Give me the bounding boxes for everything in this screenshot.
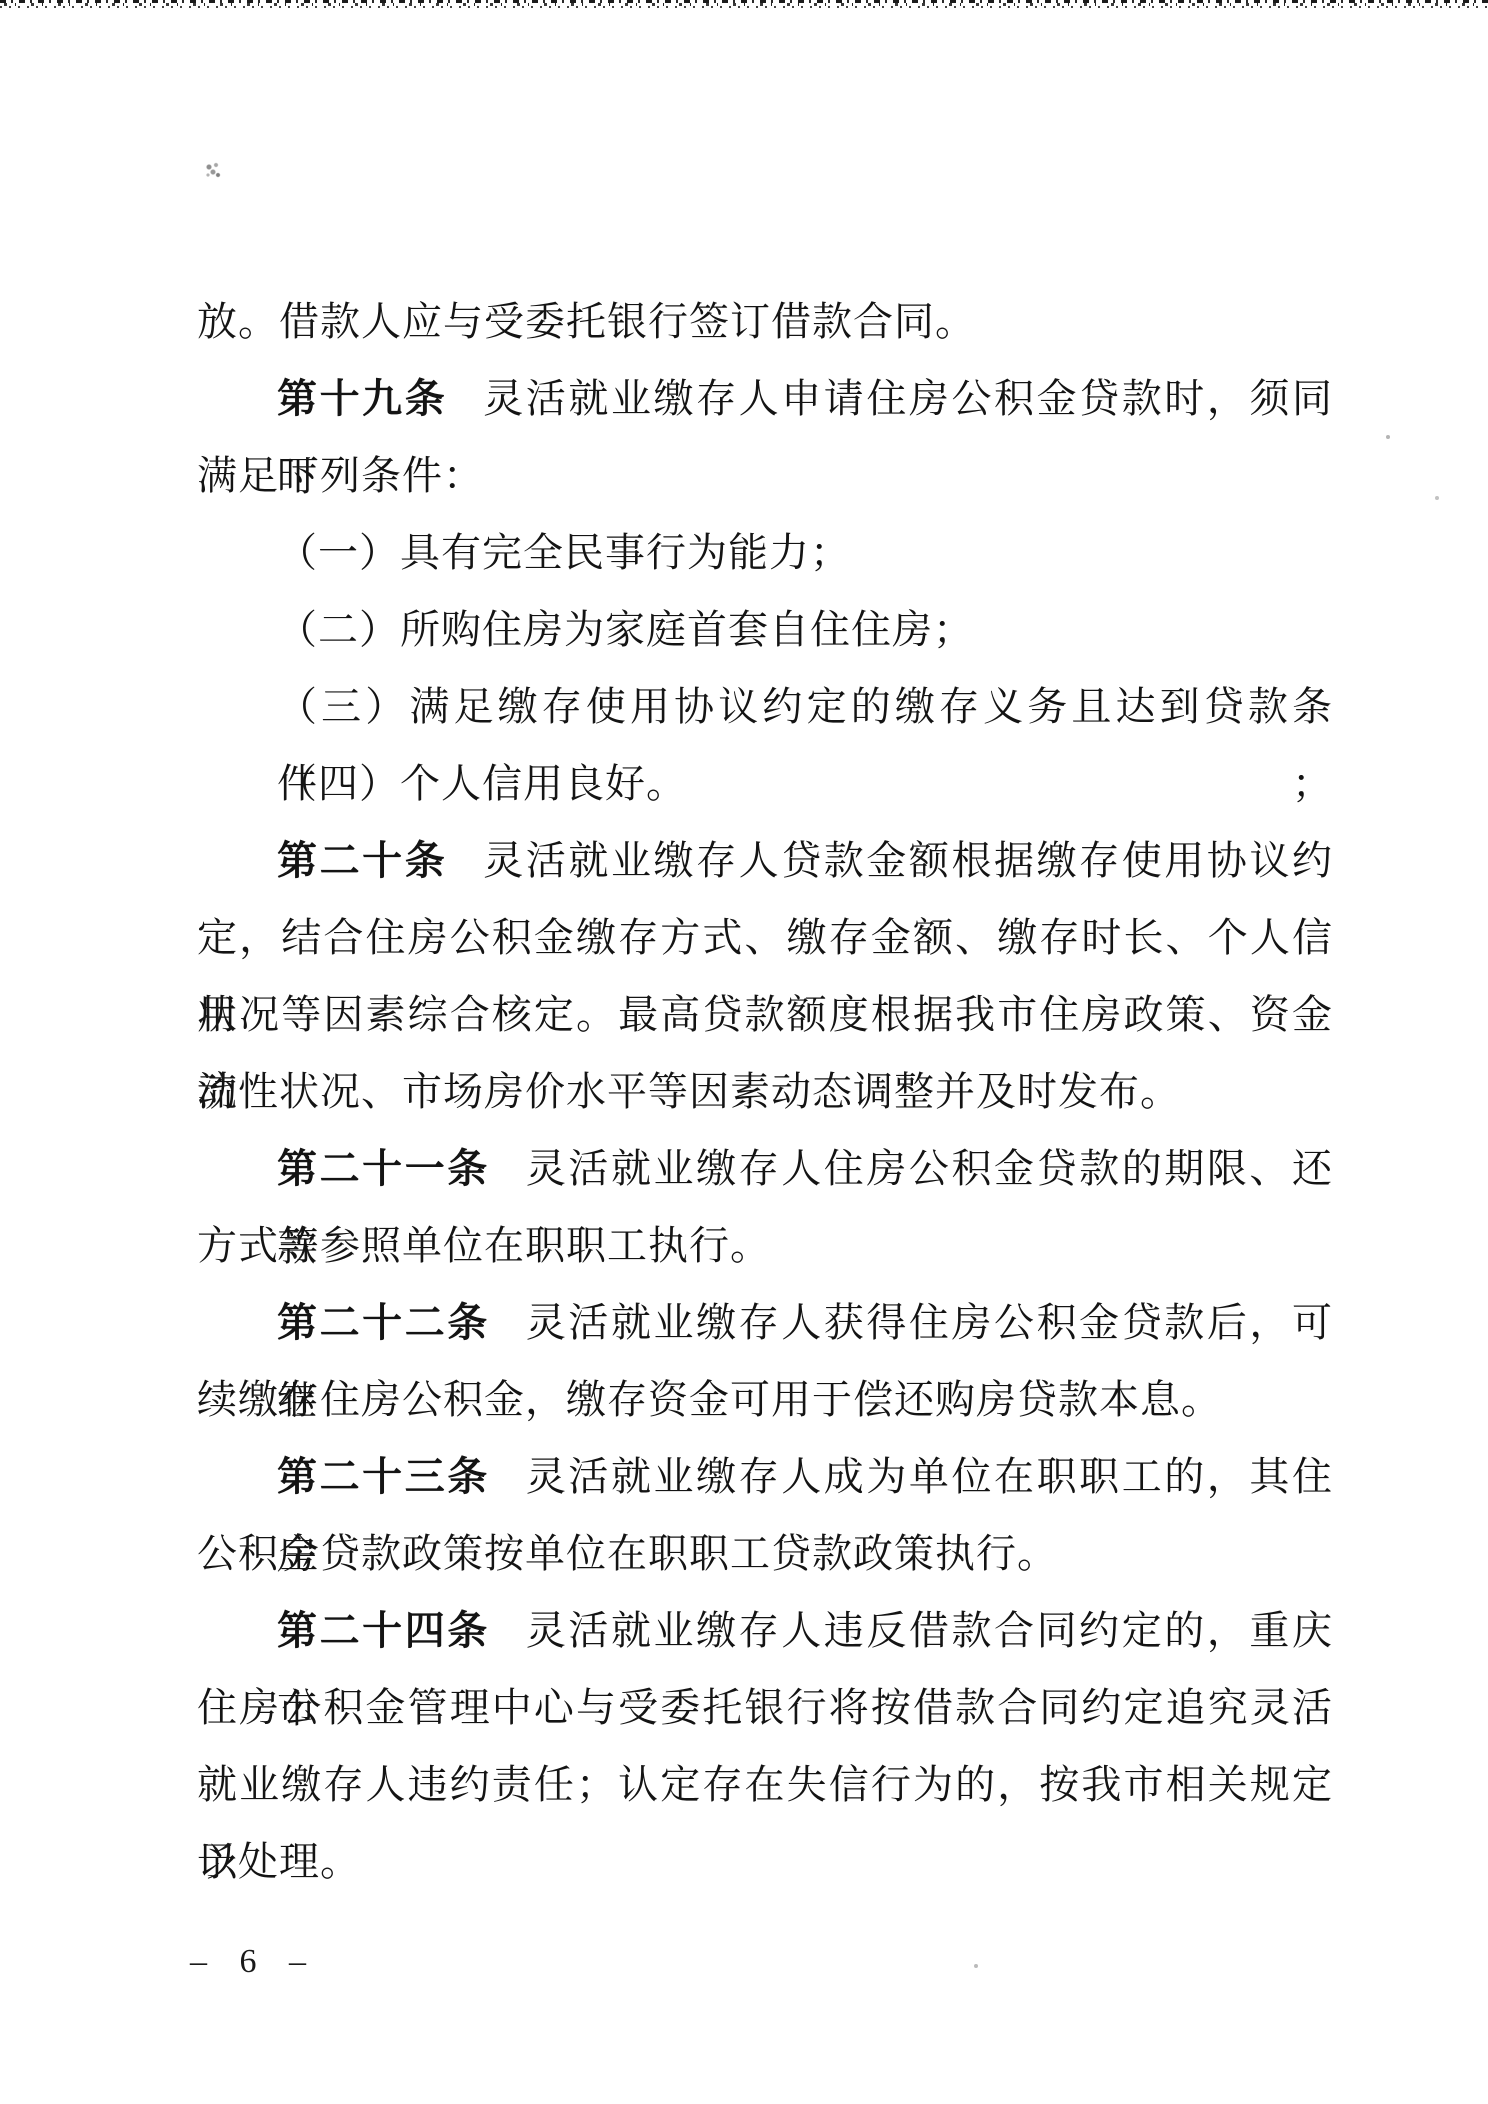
line-text: （四）个人信用良好。 <box>277 761 687 806</box>
text-line: 续缴存住房公积金，缴存资金可用于偿还购房贷款本息。 <box>197 1361 1333 1438</box>
line-text: 公积金贷款政策按单位在职职工贷款政策执行。 <box>197 1531 1058 1576</box>
line-text: 放。借款人应与受委托银行签订借款合同。 <box>197 299 976 344</box>
text-line: （一）具有完全民事行为能力； <box>197 514 1333 591</box>
text-line: 状况等因素综合核定。最高贷款额度根据我市住房政策、资金流 <box>197 976 1333 1053</box>
line-text: 动性状况、市场房价水平等因素动态调整并及时发布。 <box>197 1069 1181 1114</box>
article-number: 第二十四条 <box>277 1609 490 1653</box>
article-number: 第二十三条 <box>277 1455 490 1499</box>
scan-speck <box>1386 435 1390 439</box>
text-line: 以处理。 <box>197 1823 1333 1900</box>
scan-smudge <box>203 160 223 180</box>
text-line: 放。借款人应与受委托银行签订借款合同。 <box>197 283 1333 360</box>
text-line: （二）所购住房为家庭首套自住住房； <box>197 591 1333 668</box>
article-number: 第十九条 <box>277 377 447 421</box>
text-line: 第二十条灵活就业缴存人贷款金额根据缴存使用协议约 <box>197 822 1333 899</box>
article-number: 第二十一条 <box>277 1147 490 1191</box>
scan-noise-top-edge <box>0 0 1488 12</box>
text-line: 第十九条灵活就业缴存人申请住房公积金贷款时，须同时 <box>197 360 1333 437</box>
text-line: 就业缴存人违约责任；认定存在失信行为的，按我市相关规定予 <box>197 1746 1333 1823</box>
line-text: 住房公积金管理中心与受委托银行将按借款合同约定追究灵活 <box>197 1685 1333 1730</box>
line-text: （一）具有完全民事行为能力； <box>277 530 851 575</box>
text-line: 定，结合住房公积金缴存方式、缴存金额、缴存时长、个人信用 <box>197 899 1333 976</box>
text-line: 第二十一条灵活就业缴存人住房公积金贷款的期限、还款 <box>197 1130 1333 1207</box>
text-line: 第二十二条灵活就业缴存人获得住房公积金贷款后，可继 <box>197 1284 1333 1361</box>
text-line: 第二十三条灵活就业缴存人成为单位在职职工的，其住房 <box>197 1438 1333 1515</box>
text-line: 满足下列条件： <box>197 437 1333 514</box>
article-number: 第二十二条 <box>277 1301 490 1345</box>
line-text: 方式等参照单位在职职工执行。 <box>197 1223 771 1268</box>
document-body: 放。借款人应与受委托银行签订借款合同。 第十九条灵活就业缴存人申请住房公积金贷款… <box>197 283 1333 1900</box>
line-text: 续缴存住房公积金，缴存资金可用于偿还购房贷款本息。 <box>197 1377 1222 1422</box>
article-number: 第二十条 <box>277 839 447 883</box>
line-text: 以处理。 <box>197 1839 361 1884</box>
line-text: 灵活就业缴存人贷款金额根据缴存使用协议约 <box>483 838 1333 883</box>
scan-speck <box>974 1964 978 1968</box>
scan-speck <box>1435 496 1439 500</box>
text-line: 方式等参照单位在职职工执行。 <box>197 1207 1333 1284</box>
text-line: （三）满足缴存使用协议约定的缴存义务且达到贷款条件； <box>197 668 1333 745</box>
text-line: 动性状况、市场房价水平等因素动态调整并及时发布。 <box>197 1053 1333 1130</box>
line-text: （二）所购住房为家庭首套自住住房； <box>277 607 974 652</box>
text-line: 第二十四条灵活就业缴存人违反借款合同约定的，重庆市 <box>197 1592 1333 1669</box>
line-text: 满足下列条件： <box>197 453 484 498</box>
document-page: 放。借款人应与受委托银行签订借款合同。 第十九条灵活就业缴存人申请住房公积金贷款… <box>0 0 1488 2104</box>
text-line: 住房公积金管理中心与受委托银行将按借款合同约定追究灵活 <box>197 1669 1333 1746</box>
text-line: 公积金贷款政策按单位在职职工贷款政策执行。 <box>197 1515 1333 1592</box>
page-number: – 6 – <box>190 1943 318 1981</box>
